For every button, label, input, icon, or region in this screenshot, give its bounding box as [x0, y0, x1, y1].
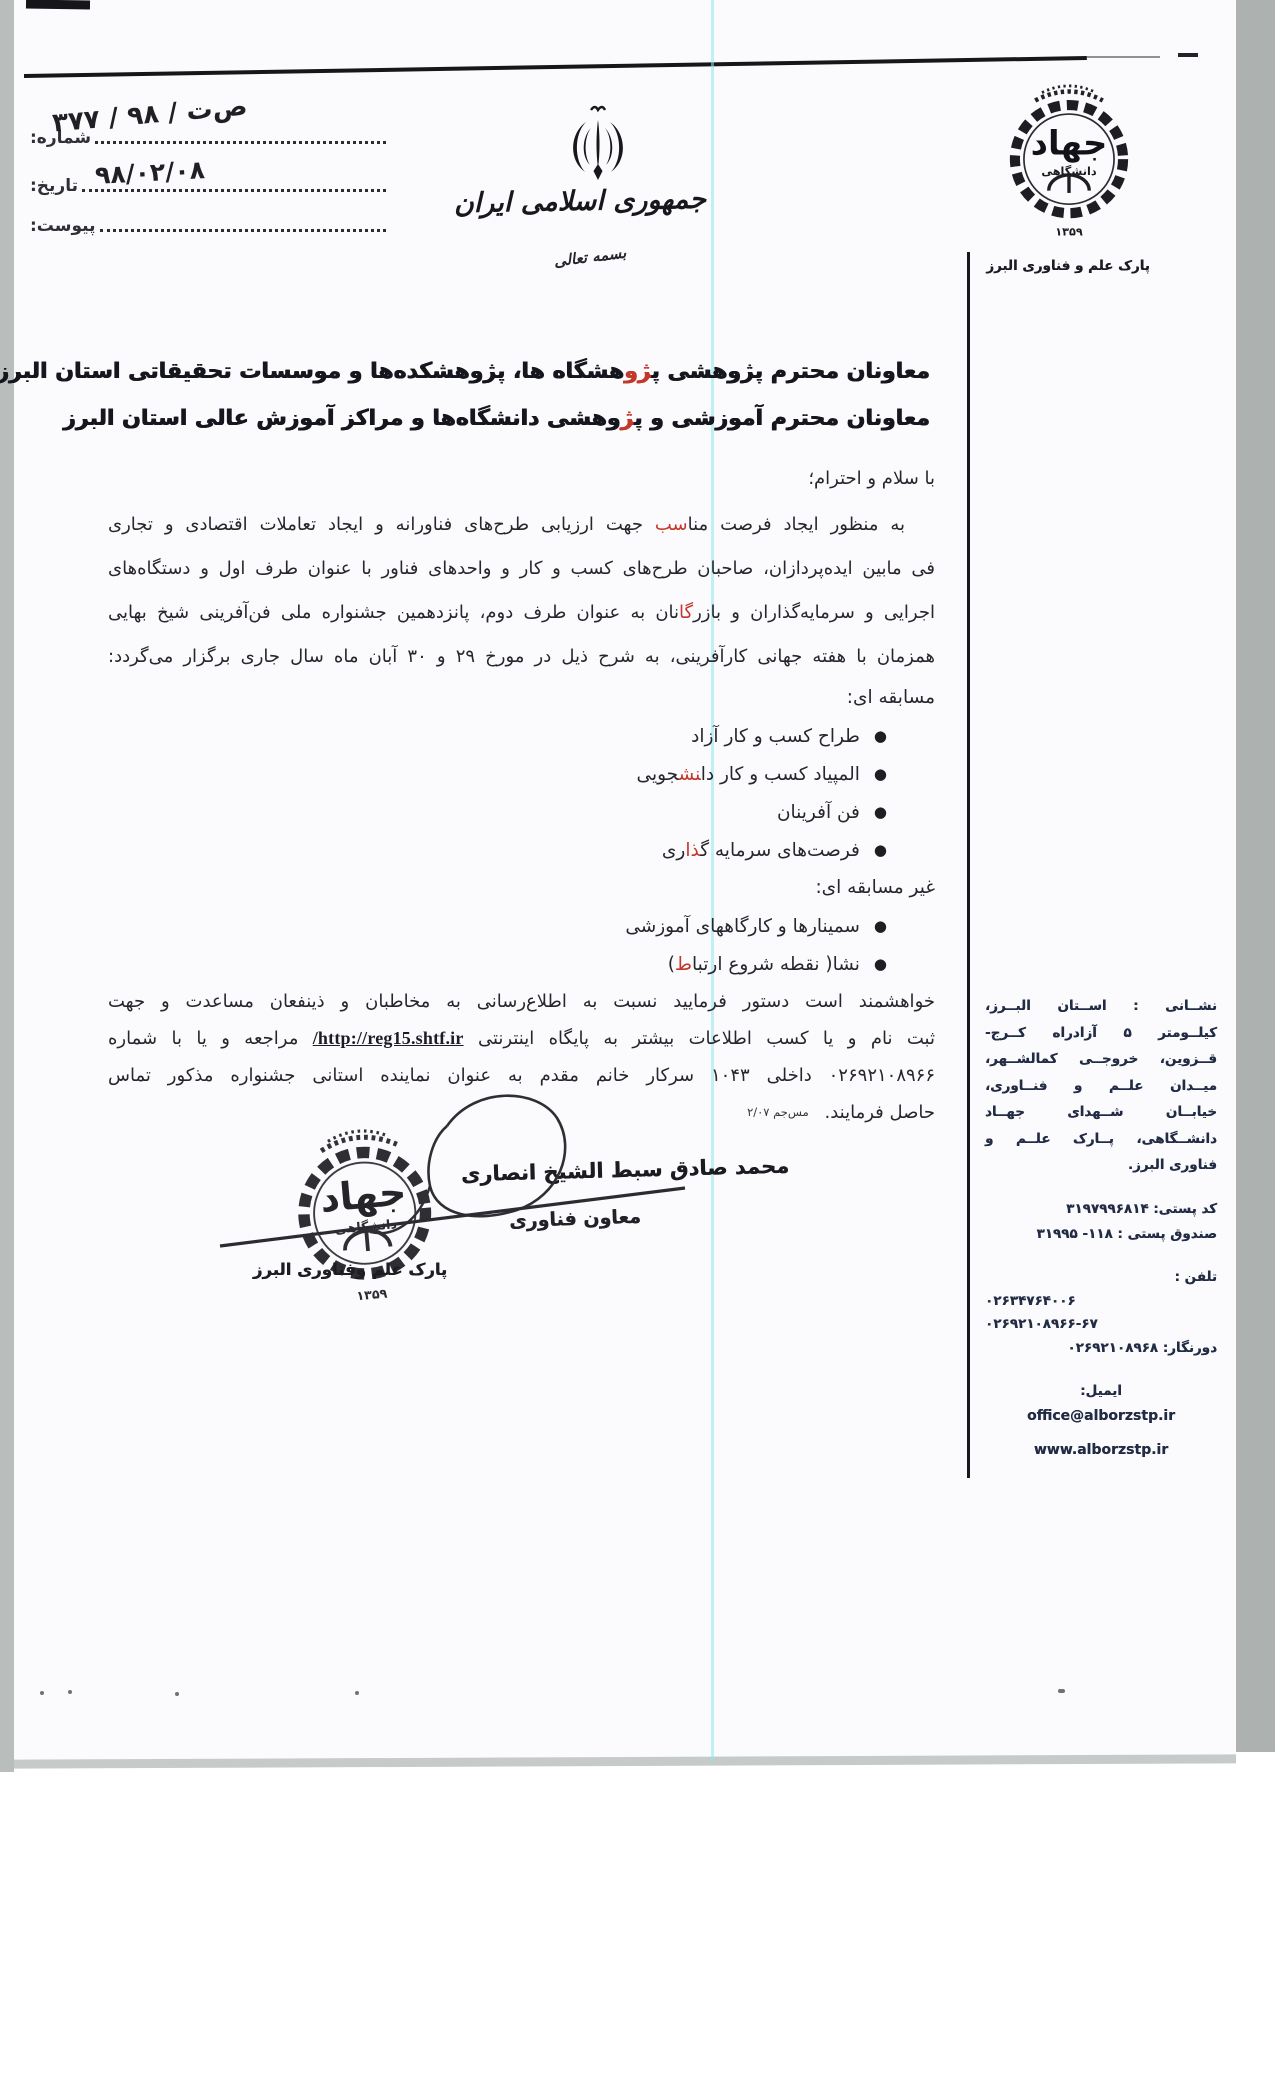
email-address: office@alborzstp.ir — [985, 1404, 1217, 1428]
handwritten-signature-icon — [185, 1078, 715, 1288]
scan-corner-mark — [26, 0, 90, 9]
bullet-item: ●نشا( نقطه شروع ارتباط) — [108, 945, 935, 983]
paragraph1-line3: اجرایی و سرمایه‌گذاران و بازرگانان به عن… — [108, 591, 935, 635]
greeting-line: با سلام و احترام؛ — [108, 455, 935, 503]
scan-edge-right — [1236, 0, 1275, 1752]
address-line: نشــانی : اســتان البــرز، — [985, 993, 1217, 1020]
paragraph1-line1: به منظور ایجاد فرصت مناسب جهت ارزیابی طر… — [108, 503, 935, 547]
website-url: www.alborzstp.ir — [985, 1438, 1217, 1462]
ref-date-row: تاریخ: — [30, 176, 392, 196]
bullet-text: المپیاد کسب و کار دا‍‍نش‍‍جویی — [637, 764, 860, 785]
paragraph2-line2-pre: ثبت نام و یا کسب اطلاعات بیشتر به پایگاه… — [464, 1028, 935, 1049]
bullet-text: طراح کسب و کار آزاد — [691, 726, 860, 747]
top-rule-dash — [1178, 53, 1198, 57]
phone-numbers: ۰۲۶۳۴۷۶۴۰۰۶۰۲۶۹۲۱۰۸۹۶۶-۶۷ — [985, 1290, 1217, 1336]
address-line: فناوری البرز. — [985, 1152, 1217, 1179]
scan-speck — [68, 1690, 72, 1694]
phone-number: ۰۲۶۹۲۱۰۸۹۶۶-۶۷ — [985, 1313, 1217, 1336]
ref-date-dotline — [82, 188, 386, 192]
bullet-icon: ● — [874, 945, 887, 983]
closing-phrase: حاصل فرمایند. — [824, 1102, 935, 1123]
ref-attachment-label: پیوست: — [30, 216, 96, 236]
competitive-list: ●طراح کسب و کار آزاد●المپیاد کسب و کار د… — [108, 717, 935, 869]
paragraph2-line2-post: مراجعه و یا با شماره — [108, 1028, 313, 1049]
bullet-item: ●طراح کسب و کار آزاد — [108, 717, 935, 755]
ref-date-handwritten-value: ۹۸/۰۲/۰۸ — [94, 155, 205, 190]
ref-attachment-dotline — [100, 228, 387, 232]
heading-line-1: معاونان محترم پژوهشی پ‍‍ژوهشگاه ها، پژوه… — [150, 348, 930, 395]
letterhead-sidebar: نشــانی : اســتان البــرز،کیلــومتر ۵ آز… — [985, 993, 1217, 1462]
paragraph2-line1: خواهشمند است دستور فرمایید نسبت به اطلاع… — [108, 983, 935, 1020]
scan-speck — [175, 1692, 179, 1696]
bullet-icon: ● — [874, 831, 887, 869]
noncompetitive-section-title: غیر مسابقه ای: — [108, 869, 935, 907]
phone-label: تلفن : — [985, 1265, 1217, 1290]
scan-speck — [355, 1691, 359, 1695]
address-line: کیلــومتر ۵ آزادراه کــرج- — [985, 1020, 1217, 1047]
letter-heading: معاونان محترم پژوهشی پ‍‍ژوهشگاه ها، پژوه… — [150, 348, 930, 442]
paragraph2-line2: ثبت نام و یا کسب اطلاعات بیشتر به پایگاه… — [108, 1020, 935, 1057]
bullet-icon: ● — [874, 907, 887, 945]
bullet-item: ●المپیاد کسب و کار دا‍‍نش‍‍جویی — [108, 755, 935, 793]
bullet-text: فرصت‌های سرمایه گ‍‍ذاری — [662, 840, 860, 861]
heading-line-2: معاونان محترم آموزشی و پ‍‍ژوهشی دانشگاه‌… — [150, 395, 930, 442]
bullet-text: فن آفرینان — [777, 802, 860, 823]
jahad-daneshgahi-logo-icon — [988, 78, 1150, 256]
bullet-item: ●سمینارها و کارگاههای آموزشی — [108, 907, 935, 945]
address-block: نشــانی : اســتان البــرز،کیلــومتر ۵ آز… — [985, 993, 1217, 1179]
ref-attachment-row: پیوست: — [30, 216, 392, 236]
po-box: صندوق پستی : ۱۱۸- ۳۱۹۹۵ — [985, 1222, 1217, 1247]
bullet-icon: ● — [874, 793, 887, 831]
sidebar-divider-line — [967, 252, 970, 1478]
scan-edge-left — [0, 0, 14, 1772]
scan-speck — [1058, 1689, 1065, 1693]
bullet-icon: ● — [874, 717, 887, 755]
iran-emblem-icon — [552, 104, 644, 186]
bullet-item: ●فرصت‌های سرمایه گ‍‍ذاری — [108, 831, 935, 869]
bullet-item: ●فن آفرینان — [108, 793, 935, 831]
bullet-icon: ● — [874, 755, 887, 793]
address-line: قــزوین، خروجــی کمالشــهر، — [985, 1046, 1217, 1073]
address-line: میــدان علــم و فنــاوری، — [985, 1073, 1217, 1100]
noncompetitive-list: ●سمینارها و کارگاههای آموزشی●نشا( نقطه ش… — [108, 907, 935, 983]
ref-date-label: تاریخ: — [30, 176, 78, 196]
registration-url-text: http://reg15.shtf.ir/ — [313, 1028, 464, 1048]
emblem-title: جمهوری اسلامی ایران — [430, 183, 730, 219]
fax-line: دورنگار: ۰۲۶۹۲۱۰۸۹۶۸ — [985, 1336, 1217, 1361]
scanned-letter-canvas: شماره: ص‌ت / ۹۸ / ۳۷۷ تاریخ: ۹۸/۰۲/۰۸ پی… — [0, 0, 1275, 2100]
ref-number-dotline — [95, 140, 386, 144]
postal-code: کد پستی: ۳۱۹۷۹۹۶۸۱۴ — [985, 1197, 1217, 1222]
paragraph1-line2: فی مابین ایده‌پردازان، صاحبان طرح‌های کس… — [108, 547, 935, 591]
address-line: خیابــان شــهدای جهــاد — [985, 1099, 1217, 1126]
top-rule-tail — [1086, 56, 1160, 58]
competitive-section-title: مسابقه ای: — [108, 679, 935, 717]
scan-speck — [40, 1691, 44, 1695]
address-line: دانشــگاهی، پــارک علــم و — [985, 1126, 1217, 1153]
org-logo-caption: پارک علم و فناوری البرز — [966, 258, 1170, 274]
typist-initials-note: مس‌جم ۲/۰۷ — [747, 1105, 809, 1119]
paragraph1-line4: همزمان با هفته جهانی کارآفرینی، به شرح ذ… — [108, 635, 935, 679]
bullet-text: سمینارها و کارگاههای آموزشی — [625, 916, 860, 937]
email-label: ایمیل: — [985, 1379, 1217, 1404]
phone-number: ۰۲۶۳۴۷۶۴۰۰۶ — [985, 1290, 1217, 1313]
letter-body: با سلام و احترام؛ به منظور ایجاد فرصت من… — [108, 455, 935, 1131]
bullet-text: نشا( نقطه شروع ارتباط) — [668, 954, 860, 975]
